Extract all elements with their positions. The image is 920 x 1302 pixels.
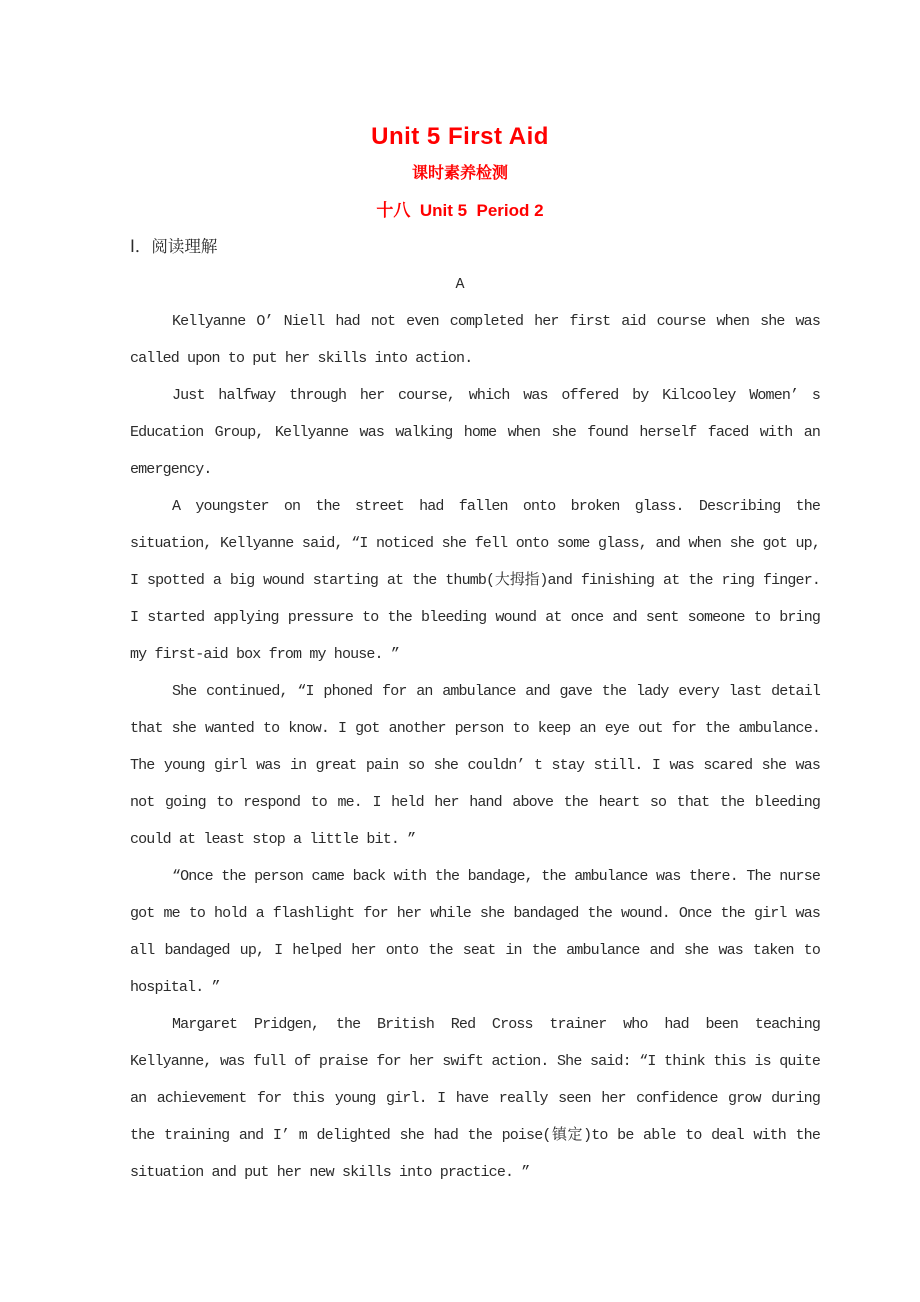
paragraph: Kellyanne O’ Niell had not even complete… (130, 303, 820, 377)
section-heading-reading-comprehension: Ⅰ．阅读理解 (130, 229, 820, 266)
document-page: Unit 5 First Aid 课时素养检测 十八 Unit 5 Period… (0, 0, 920, 1302)
lesson-heading: 十八 Unit 5 Period 2 (0, 192, 920, 229)
paragraph: “Once the person came back with the band… (130, 858, 820, 1006)
paragraph: She continued, “I phoned for an ambulanc… (130, 673, 820, 858)
document-title: Unit 5 First Aid (0, 118, 920, 155)
paragraph: A youngster on the street had fallen ont… (130, 488, 820, 673)
paragraph: Just halfway through her course, which w… (130, 377, 820, 488)
paragraph: Margaret Pridgen, the British Red Cross … (130, 1006, 820, 1191)
passage-label: A (0, 266, 920, 303)
document-subtitle: 课时素养检测 (0, 155, 920, 192)
